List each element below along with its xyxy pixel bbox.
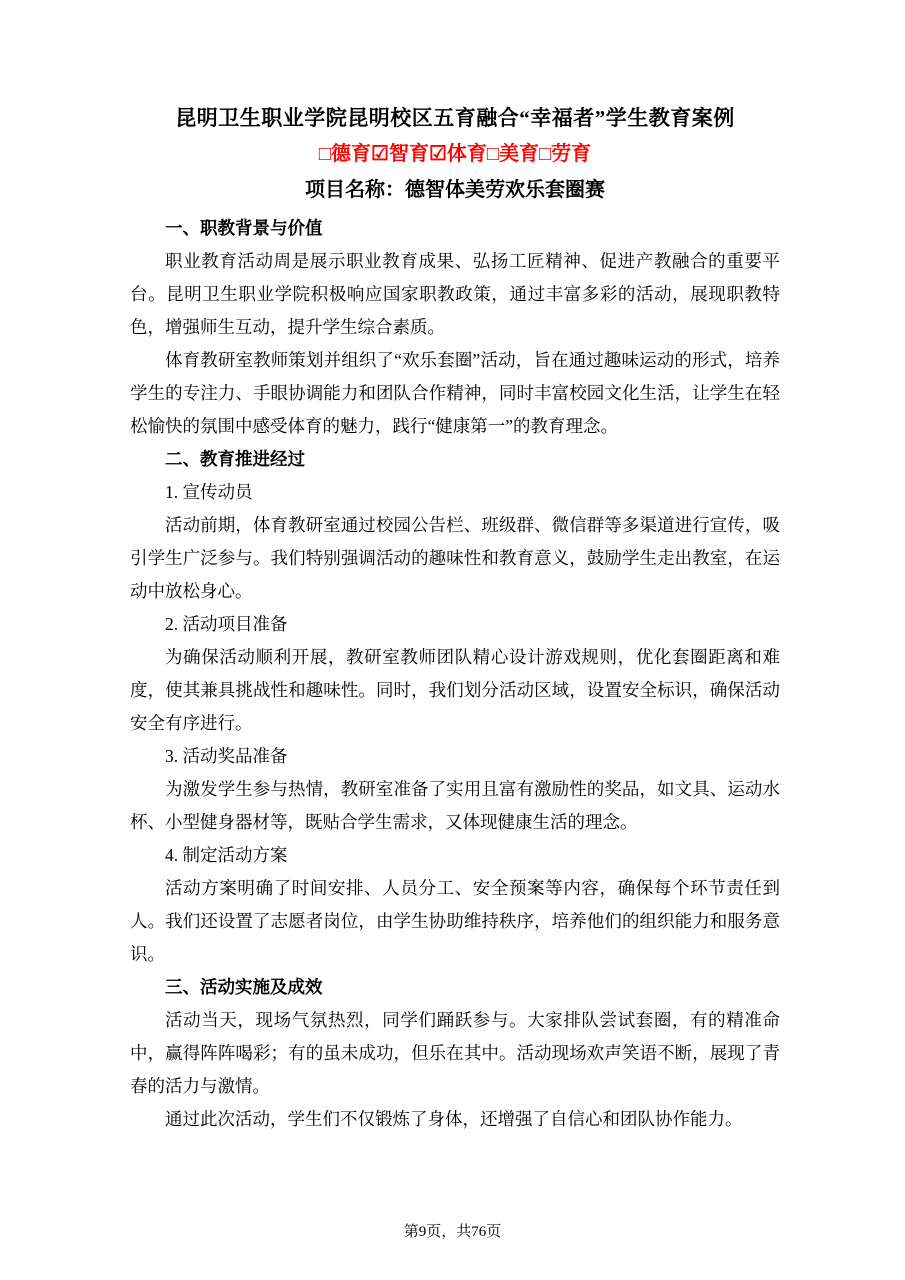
- checkbox-unchecked-icon: □: [487, 143, 499, 165]
- paragraph: 为确保活动顺利开展，教研室教师团队精心设计游戏规则，优化套圈距离和难度，使其兼具…: [130, 641, 780, 740]
- document-body: 一、职教背景与价值 职业教育活动周是展示职业教育成果、弘扬工匠精神、促进产教融合…: [130, 212, 780, 1136]
- education-label: 体育: [447, 143, 487, 165]
- project-name-title: 项目名称：德智体美劳欢乐套圈赛: [130, 172, 780, 208]
- education-label: 美育: [499, 143, 539, 165]
- education-item-deyu: □德育: [319, 143, 371, 165]
- paragraph: 体育教研室教师策划并组织了“欢乐套圈”活动，旨在通过趣味运动的形式，培养学生的专…: [130, 344, 780, 443]
- education-item-tiyu: ☑体育: [429, 143, 487, 165]
- paragraph: 为激发学生参与热情，教研室准备了实用且富有激励性的奖品，如文具、运动水杯、小型健…: [130, 773, 780, 839]
- education-item-meiyu: □美育: [487, 143, 539, 165]
- checkbox-unchecked-icon: □: [539, 143, 551, 165]
- education-label: 劳育: [551, 143, 591, 165]
- section-implementation-results: 三、活动实施及成效 活动当天，现场气氛热烈，同学们踊跃参与。大家排队尝试套圈，有…: [130, 971, 780, 1136]
- subsection-heading: 2. 活动项目准备: [130, 608, 780, 641]
- education-item-zhiyu: ☑智育: [371, 143, 429, 165]
- education-label: 智育: [389, 143, 429, 165]
- five-education-checkline: □德育☑智育☑体育□美育□劳育: [130, 137, 780, 172]
- subsection-heading: 4. 制定活动方案: [130, 839, 780, 872]
- page-footer: 第9页，共76页: [0, 1220, 905, 1244]
- section-heading: 三、活动实施及成效: [130, 971, 780, 1004]
- education-item-laoyu: □劳育: [539, 143, 591, 165]
- page-number: 第9页，共76页: [404, 1224, 502, 1240]
- paragraph: 职业教育活动周是展示职业教育成果、弘扬工匠精神、促进产教融合的重要平台。昆明卫生…: [130, 245, 780, 344]
- checkbox-checked-icon: ☑: [371, 143, 389, 165]
- section-heading: 二、教育推进经过: [130, 443, 780, 476]
- document-page: 昆明卫生职业学院昆明校区五育融合“幸福者”学生教育案例 □德育☑智育☑体育□美育…: [0, 0, 905, 1280]
- paragraph: 活动方案明确了时间安排、人员分工、安全预案等内容，确保每个环节责任到人。我们还设…: [130, 872, 780, 971]
- document-content: 昆明卫生职业学院昆明校区五育融合“幸福者”学生教育案例 □德育☑智育☑体育□美育…: [0, 0, 905, 1136]
- document-title: 昆明卫生职业学院昆明校区五育融合“幸福者”学生教育案例: [130, 100, 780, 137]
- paragraph: 活动前期，体育教研室通过校园公告栏、班级群、微信群等多渠道进行宣传，吸引学生广泛…: [130, 509, 780, 608]
- paragraph: 通过此次活动，学生们不仅锻炼了身体，还增强了自信心和团队协作能力。: [130, 1103, 780, 1136]
- checkbox-unchecked-icon: □: [319, 143, 331, 165]
- section-background-value: 一、职教背景与价值 职业教育活动周是展示职业教育成果、弘扬工匠精神、促进产教融合…: [130, 212, 780, 443]
- section-education-process: 二、教育推进经过 1. 宣传动员 活动前期，体育教研室通过校园公告栏、班级群、微…: [130, 443, 780, 971]
- education-label: 德育: [331, 143, 371, 165]
- subsection-heading: 1. 宣传动员: [130, 476, 780, 509]
- paragraph: 活动当天，现场气氛热烈，同学们踊跃参与。大家排队尝试套圈，有的精准命中，赢得阵阵…: [130, 1004, 780, 1103]
- section-heading: 一、职教背景与价值: [130, 212, 780, 245]
- document-header: 昆明卫生职业学院昆明校区五育融合“幸福者”学生教育案例 □德育☑智育☑体育□美育…: [130, 100, 780, 208]
- checkbox-checked-icon: ☑: [429, 143, 447, 165]
- subsection-heading: 3. 活动奖品准备: [130, 740, 780, 773]
